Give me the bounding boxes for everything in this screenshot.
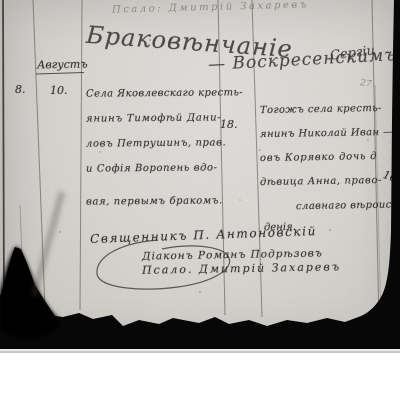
photo-bottom-edge <box>0 349 400 353</box>
shadow-streak <box>34 192 62 296</box>
photo-border-shadow <box>0 0 400 349</box>
photo-dark-regions <box>0 0 400 349</box>
photographed-register-page: Псало: Дмитрій Захаревъ Браковѣнчаніе — … <box>0 0 400 349</box>
scanned-register-photo-page: { "photo": { "pencil_note_top": "Псало: … <box>0 0 400 400</box>
ink-blotch <box>0 246 58 339</box>
